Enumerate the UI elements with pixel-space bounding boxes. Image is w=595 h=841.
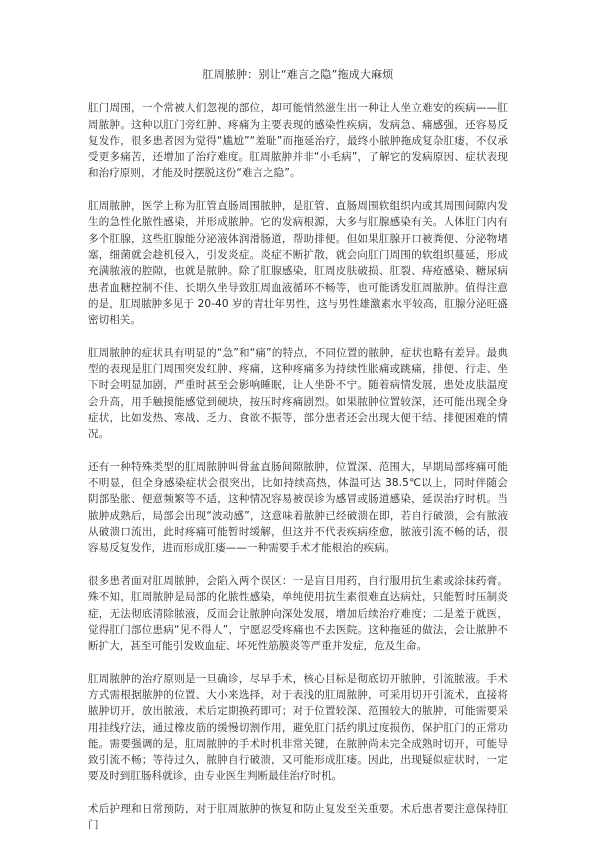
article-title: 肛周脓肿：别让“难言之隐”拖成大麻烦 bbox=[88, 67, 508, 83]
paragraph-aftercare-partial: 术后护理和日常预防，对于肛周脓肿的恢复和防止复发至关重要。术后患者要注意保持肛门 bbox=[88, 801, 508, 834]
document-page: 肛周脓肿：别让“难言之隐”拖成大麻烦 肛门周围，一个常被人们忽视的部位，却可能悄… bbox=[0, 0, 595, 841]
paragraph-definition-causes: 肛周脓肿，医学上称为肛管直肠周围脓肿，是肛管、直肠周围软组织内或其周围间隙内发生… bbox=[88, 198, 508, 328]
document-body: 肛周脓肿：别让“难言之隐”拖成大麻烦 肛门周围，一个常被人们忽视的部位，却可能悄… bbox=[88, 67, 508, 834]
paragraph-misconceptions: 很多患者面对肛周脓肿，会陷入两个误区：一是盲目用药，自行服用抗生素或涂抹药膏。殊… bbox=[88, 573, 508, 654]
paragraph-symptoms: 肛周脓肿的症状具有明显的“急”和“痛”的特点，不同位置的脓肿，症状也略有差异。最… bbox=[88, 345, 508, 443]
paragraph-special-type: 还有一种特殊类型的肛周脓肿叫骨盆直肠间隙脓肿，位置深、范围大，早期局部疼痛可能不… bbox=[88, 459, 508, 557]
paragraph-treatment: 肛周脓肿的治疗原则是一旦确诊，尽早手术，核心目标是彻底切开脓肿，引流脓液。手术方… bbox=[88, 671, 508, 785]
paragraph-intro: 肛门周围，一个常被人们忽视的部位，却可能悄然滋生出一种让人坐立难安的疾病——肛周… bbox=[88, 100, 508, 181]
